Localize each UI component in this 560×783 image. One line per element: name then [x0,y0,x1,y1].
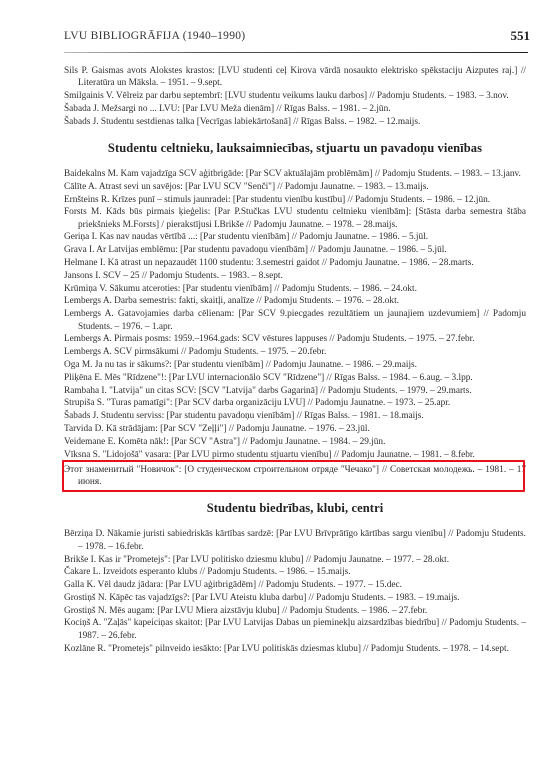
bibliography-entry: Lembergs A. Pirmais posms: 1959.–1964.ga… [64,333,526,345]
bibliography-content: Sils P. Gaismas avots Alokstes krastos: … [64,65,526,655]
red-highlight-box [62,460,525,493]
bibliography-entry: Bērziņa D. Nākamie juristi sabiedriskās … [64,528,526,553]
bibliography-entry: Grostiņš N. Mēs augam: [Par LVU Miera ai… [64,605,526,617]
section-student-societies: Studentu biedrības, klubi, centri Bērziņ… [64,501,526,654]
bibliography-entry: Grava I. Ar Latvijas emblēmu: [Par stude… [64,244,526,256]
running-head-title: LVU BIBLIOGRĀFIJA (1940–1990) [64,30,245,42]
bibliography-entry: Kociņš A. "Zaļās" kapeiciņas skaitot: [P… [64,617,526,642]
bibliography-entry: Kozlāne R. "Prometejs" pilnveido iesākto… [64,643,526,655]
bibliography-entry: Oga M. Ja nu tas ir sākums?: [Par studen… [64,359,526,371]
bibliography-entry: Grostiņš N. Kāpēc tas vajadzīgs?: [Par L… [64,592,526,604]
bibliography-entry: Sils P. Gaismas avots Alokstes krastos: … [64,65,526,90]
book-page: LVU BIBLIOGRĀFIJA (1940–1990) 551 Sils P… [0,0,560,783]
bibliography-entry: Helmane I. Kā atrast un nepazaudēt 1100 … [64,257,526,269]
section-heading: Studentu biedrības, klubi, centri [64,501,526,516]
bibliography-entry: Pliķēna E. Mēs "Rīdzene"!: [Par LVU inte… [64,372,526,384]
bibliography-entry: Rambaha I. "Latvija" un citas SCV: [SCV … [64,385,526,397]
running-head: LVU BIBLIOGRĀFIJA (1940–1990) 551 [64,28,540,50]
section-student-units: Studentu celtnieku, lauksaimniecības, st… [64,141,526,488]
bibliography-entry: Brikše I. Kas ir "Prometejs": [Par LVU p… [64,554,526,566]
bibliography-entry: Forsts M. Kāds būs pirmais ķieģelis: [Pa… [64,206,526,231]
section-heading: Studentu celtnieku, lauksaimniecības, st… [64,141,526,156]
bibliography-entry: Strupiša S. "Turas pamatīgi": [Par SCV d… [64,397,526,409]
section-continued: Sils P. Gaismas avots Alokstes krastos: … [64,65,526,128]
bibliography-entry: Baidekalns M. Kam vajadzīga SCV aģitbrig… [64,168,526,180]
bibliography-entry: Tarvida D. Kā strādājam: [Par SCV "Zeļļi… [64,423,526,435]
bibliography-entry: Lembergs A. Darba semestris: fakti, skai… [64,295,526,307]
bibliography-entry: Vīksna S. "Lidojošā" vasara: [Par LVU pi… [64,449,526,461]
bibliography-entry: Ernšteins R. Krīzes punī – stimuls jaunr… [64,194,526,206]
bibliography-entry: Jansons I. SCV – 25 // Padomju Students.… [64,270,526,282]
bibliography-entry: Čakare L. Izveidots esperanto klubs // P… [64,566,526,578]
bibliography-entry: Cālīte A. Atrast sevi un savējos: [Par L… [64,181,526,193]
bibliography-entry: Galla K. Vēl daudz jādara: [Par LVU aģit… [64,579,526,591]
bibliography-entry: Smilgainis V. Vēlreiz par darbu septembr… [64,90,526,102]
bibliography-entry: Šabads J. Studentu sestdienas talka [Vec… [64,116,526,128]
bibliography-entry: Krūmiņa V. Sākumu atceroties: [Par stude… [64,283,526,295]
bibliography-entry: Geriņa I. Kas nav naudas vērtībā ...: [P… [64,231,526,243]
bibliography-entry: Lembergs A. Gatavojamies darba cēlienam:… [64,308,526,333]
page-number: 551 [511,28,531,44]
bibliography-entry: Lembergs A. SCV pirmsākumi // Padomju St… [64,346,526,358]
bibliography-entry: Veidemane E. Komēta nāk!: [Par SCV "Astr… [64,436,526,448]
bibliography-entry: Šabada J. Mežsargi no ... LVU: [Par LVU … [64,103,526,115]
bibliography-entry: Šabads J. Studentu serviss: [Par student… [64,410,526,422]
header-rule [64,52,528,53]
